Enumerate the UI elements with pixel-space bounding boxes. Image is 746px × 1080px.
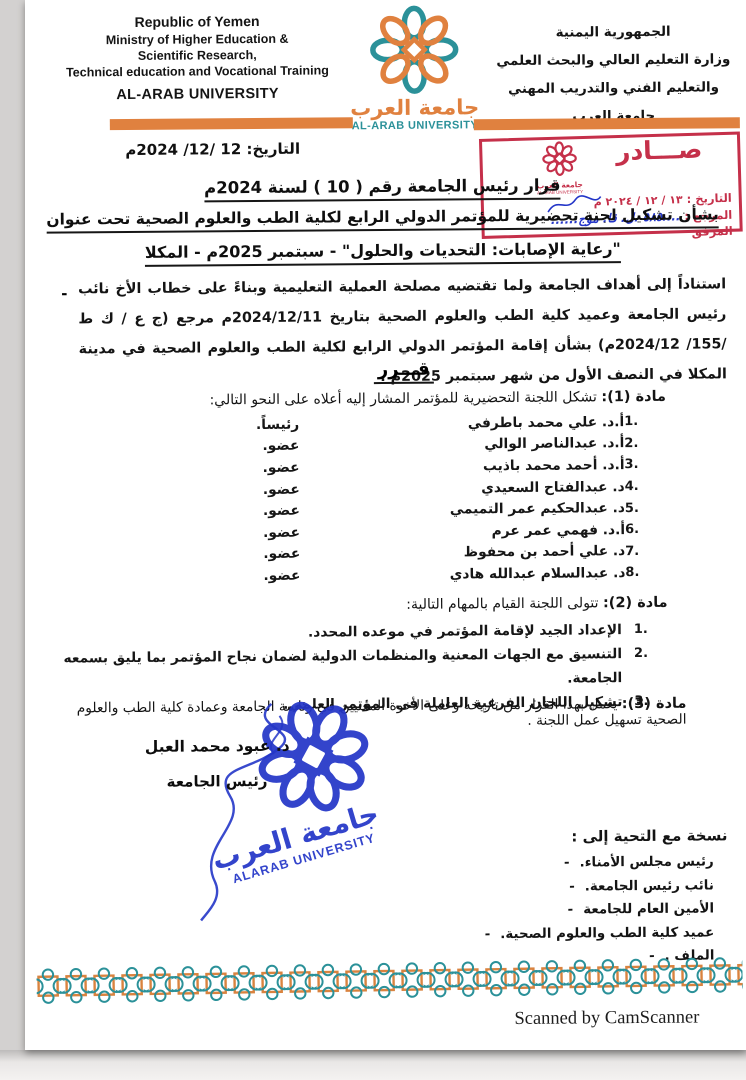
member-role: عضو. bbox=[263, 503, 300, 519]
copy-row: عميد كلية الطب والعلوم الصحية. - bbox=[448, 921, 728, 947]
member-name: د. علي أحمد بن محفوظ bbox=[445, 543, 625, 560]
task-number: 2. bbox=[634, 642, 668, 690]
member-number: 4. bbox=[625, 479, 655, 494]
member-name: د. عبدالحكيم عمر التميمي bbox=[445, 500, 625, 517]
article-3-label: مادة (3): bbox=[622, 696, 687, 713]
president-name: د. عبود محمد العبل bbox=[115, 737, 320, 757]
copy-recipient: نائب رئيس الجامعة. bbox=[585, 874, 728, 899]
stamp-logo-icon bbox=[541, 140, 578, 177]
copy-dash: - bbox=[569, 875, 585, 899]
copies-section: نسخة مع التحية إلى : رئيس مجلس الأمناء. … bbox=[447, 826, 728, 970]
copy-recipient: رئيس مجلس الأمناء. bbox=[579, 850, 727, 875]
member-name: أ.د. علي محمد باطرفي bbox=[444, 414, 624, 431]
member-name: أ.د. فهمي عمر عرم bbox=[445, 522, 625, 539]
copies-heading: نسخة مع التحية إلى : bbox=[447, 826, 727, 846]
member-role: عضو. bbox=[263, 568, 300, 584]
article-2-label: مادة (2): bbox=[603, 595, 668, 612]
stamp-issued-label: صـــادر bbox=[616, 137, 703, 165]
header-arabic: الجمهورية اليمنية وزارة التعليم العالي و… bbox=[493, 17, 734, 131]
copy-row: الأمين العام للجامعة - bbox=[448, 898, 728, 924]
copy-row: نائب رئيس الجامعة. - bbox=[448, 874, 728, 900]
header-english: Republic of Yemen Ministry of Higher Edu… bbox=[51, 12, 344, 103]
member-role: عضو. bbox=[263, 481, 300, 497]
copy-dash: - bbox=[568, 899, 584, 923]
camscanner-watermark: Scanned by CamScanner bbox=[477, 1007, 737, 1030]
member-number: 1. bbox=[624, 414, 654, 429]
ministry-ar-line1: وزارة التعليم العالي والبحث العلمي bbox=[493, 45, 733, 75]
article-2: مادة (2): تتولى اللجنة القيام بالمهام ال… bbox=[56, 595, 668, 616]
preamble-dash: - bbox=[61, 284, 67, 302]
committee-member-list: 1. أ.د. علي محمد باطرفي رئيساً. 2. أ.د. … bbox=[119, 411, 655, 588]
copies-list: رئيس مجلس الأمناء. - نائب رئيس الجامعة. … bbox=[448, 850, 729, 970]
copy-dash: - bbox=[485, 923, 501, 947]
logo-name-arabic: جامعة العرب bbox=[350, 95, 480, 120]
document-date: التاريخ: 12 /12/ 2024م bbox=[100, 140, 300, 160]
scan-bottom-margin bbox=[0, 1050, 746, 1080]
member-name: د. عبدالسلام عبدالله هادي bbox=[445, 565, 625, 582]
member-number: 5. bbox=[625, 501, 655, 516]
country-en: Republic of Yemen bbox=[51, 12, 343, 30]
orange-divider-left bbox=[110, 117, 353, 130]
ministry-en-line3: Technical education and Vocational Train… bbox=[51, 62, 343, 80]
article-1-text: تشكل اللجنة التحضيرية للمؤتمر المشار إلي… bbox=[209, 389, 596, 408]
member-number: 8. bbox=[625, 565, 655, 580]
copy-dash: - bbox=[564, 851, 580, 875]
document-sheet: Republic of Yemen Ministry of Higher Edu… bbox=[25, 0, 746, 1050]
committee-member-row: 8. د. عبدالسلام عبدالله هادي عضو. bbox=[120, 562, 655, 588]
member-name: أ.د. عبدالناصر الوالي bbox=[444, 436, 624, 453]
copy-row: رئيس مجلس الأمناء. - bbox=[448, 850, 728, 876]
copy-recipient: الأمين العام للجامعة bbox=[583, 898, 728, 923]
decision-title: قرار رئيس الجامعة رقم ( 10 ) لسنة 2024م bbox=[122, 175, 642, 198]
scanned-document-page: { "header": { "left_en": [ "Republic of … bbox=[0, 0, 746, 1080]
member-role: عضو. bbox=[263, 460, 300, 476]
article-1: مادة (1): تشكل اللجنة التحضيرية للمؤتمر … bbox=[54, 389, 666, 410]
member-name: أ.د. أحمد محمد باذيب bbox=[444, 457, 624, 474]
stamp-date-label: التاريخ : bbox=[686, 191, 731, 206]
president-title: رئيس الجامعة bbox=[132, 772, 302, 791]
decision-subject: بشأن تشكيل لجنة تحضيرية للمؤتمر الدولي ا… bbox=[43, 205, 723, 228]
president-signature-squiggle bbox=[151, 696, 323, 927]
ministry-ar-line2: والتعليم الفني والتدريب المهني bbox=[493, 73, 733, 103]
member-role: رئيساً. bbox=[256, 416, 299, 432]
logo-name-english: AL-ARAB UNIVERSITY bbox=[350, 119, 480, 132]
member-role: عضو. bbox=[263, 524, 300, 540]
university-logo: جامعة العرب AL-ARAB UNIVERSITY bbox=[349, 3, 480, 132]
university-name-en: AL-ARAB UNIVERSITY bbox=[52, 85, 344, 103]
member-number: 2. bbox=[624, 436, 654, 451]
task-number: 1. bbox=[634, 618, 668, 642]
member-number: 3. bbox=[624, 457, 654, 472]
member-number: 6. bbox=[625, 522, 655, 537]
country-ar: الجمهورية اليمنية bbox=[493, 17, 733, 47]
decorative-border bbox=[36, 955, 743, 1007]
member-role: عضو. bbox=[263, 546, 300, 562]
member-role: عضو. bbox=[262, 438, 299, 454]
article-1-label: مادة (1): bbox=[601, 389, 666, 406]
conference-title: "رعاية الإصابات: التحديات والحلول" - سبت… bbox=[123, 239, 643, 262]
university-logo-icon bbox=[368, 3, 461, 96]
member-name: د. عبدالفتاح السعيدي bbox=[445, 479, 625, 496]
border-ornament-icon bbox=[731, 955, 743, 993]
member-number: 7. bbox=[625, 544, 655, 559]
orange-divider-right bbox=[474, 117, 740, 130]
decided-heading: قـــرر bbox=[334, 358, 474, 380]
article-2-text: تتولى اللجنة القيام بالمهام التالية: bbox=[406, 595, 598, 613]
copy-recipient: عميد كلية الطب والعلوم الصحية. bbox=[500, 921, 728, 946]
